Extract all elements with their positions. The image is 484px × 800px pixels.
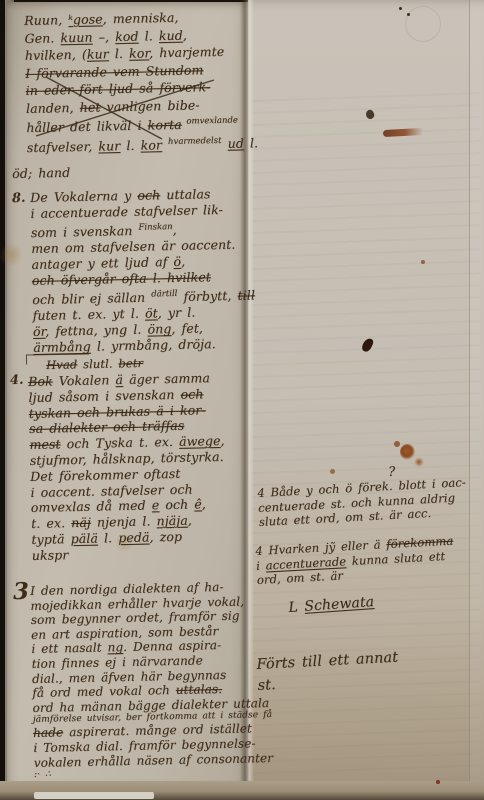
hvad-slutl-line: Hvad slutl. betr	[46, 355, 143, 373]
section-4-paragraph: Bok Vokalen ä äger sammaljud såsom i sve…	[28, 370, 246, 564]
section-3-marker: 3	[13, 578, 30, 606]
section-8-marker: 8.	[12, 191, 26, 206]
right-page-seam	[469, 0, 484, 786]
oed-hand-line: öd; hand	[12, 165, 70, 182]
opening-paragraph: Ruun, ᵏgose, menniska,Gen. kuun –, kod l…	[24, 7, 249, 156]
manuscript-line: öd; hand	[12, 165, 70, 182]
manuscript-line: Hvad slutl. betr	[46, 355, 143, 373]
section-4-marker: 4.	[10, 373, 24, 388]
bottom-paper-sliver	[34, 792, 154, 799]
section-3-paragraph: I den nordiga dialekten af ha-mojedikkan…	[30, 580, 248, 782]
section-8-paragraph: De Vokalerna y och uttalasi accentuerade…	[30, 186, 245, 357]
photo-dark-edge	[0, 0, 5, 800]
manuscript-photo: Ruun, ᵏgose, menniska,Gen. kuun –, kod l…	[0, 0, 484, 800]
